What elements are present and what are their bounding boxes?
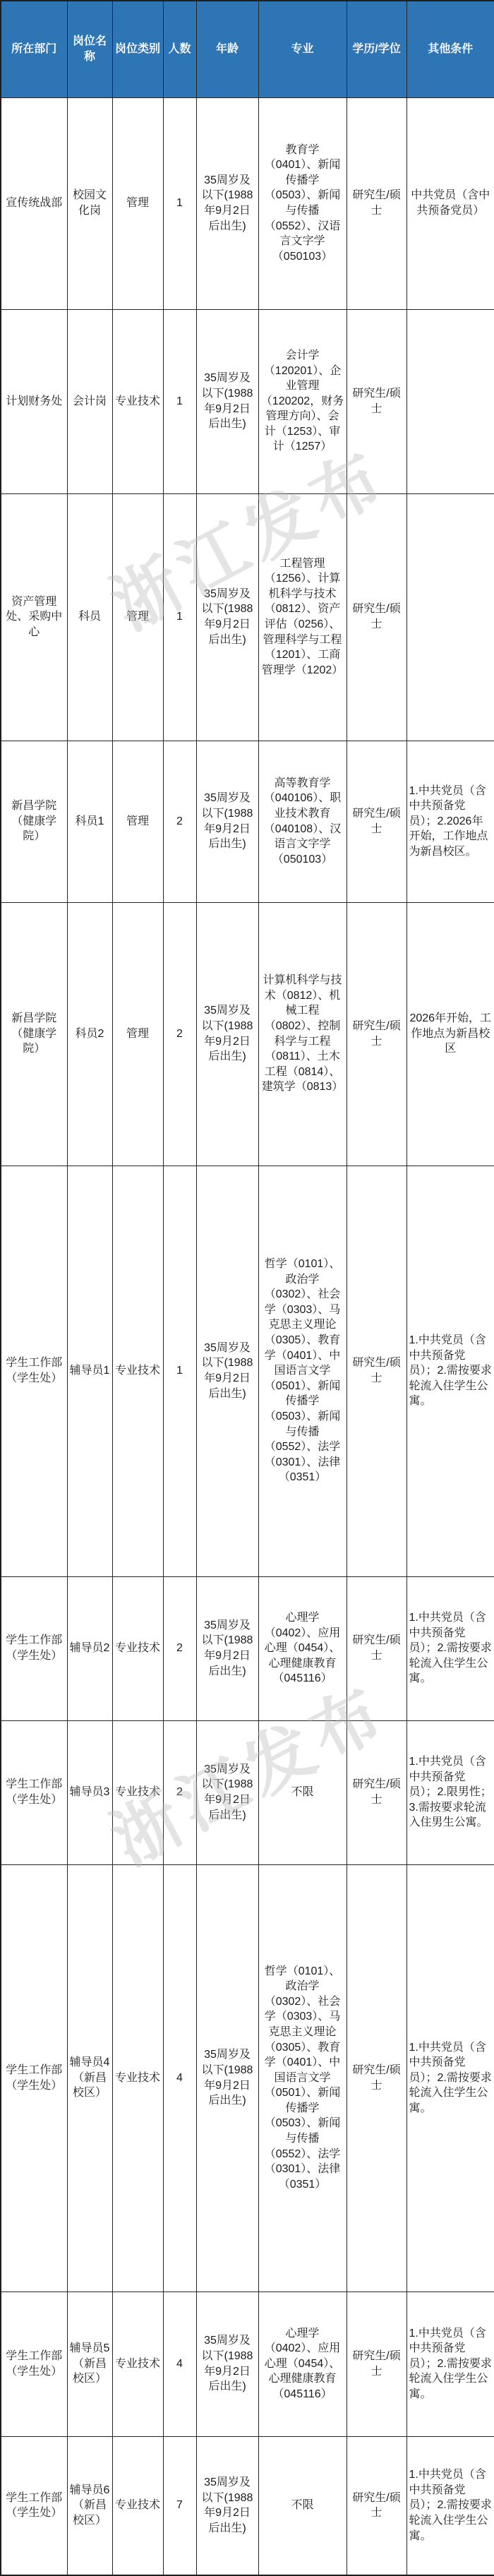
cell-headcount: 1 <box>163 309 196 493</box>
cell-other-conditions: 1.中共党员（含中共预备党员）；2.需按要求轮流入住学生公寓。 <box>406 2292 494 2436</box>
cell-position-category: 管理 <box>112 741 163 902</box>
cell-headcount: 1 <box>163 1166 196 1576</box>
table-row: 资产管理处、采购中心科员管理135周岁及以下(1988年9月2日后出生)工程管理… <box>1 493 494 741</box>
cell-department: 学生工作部（学生处） <box>1 1166 67 1576</box>
cell-department: 宣传统战部 <box>1 97 67 309</box>
cell-degree: 研究生/硕士 <box>347 1864 406 2292</box>
cell-department: 计划财务处 <box>1 309 67 493</box>
header-department: 所在部门 <box>1 1 67 97</box>
cell-department: 学生工作部（学生处） <box>1 1720 67 1864</box>
table-row: 学生工作部（学生处）辅导员3专业技术235周岁及以下(1988年9月2日后出生)… <box>1 1720 494 1864</box>
cell-majors: 哲学（0101）、政治学（0302）、社会学（0303）、马克思主义理论（030… <box>258 1166 347 1576</box>
cell-position-name: 辅导员5（新昌校区） <box>67 2292 112 2436</box>
cell-other-conditions: 1.中共党员（含中共预备党员）；2.需按要求轮流入住学生公寓。 <box>406 1864 494 2292</box>
cell-department: 学生工作部（学生处） <box>1 1576 67 1720</box>
table-row: 学生工作部（学生处）辅导员1专业技术135周岁及以下(1988年9月2日后出生)… <box>1 1166 494 1576</box>
cell-age: 35周岁及以下(1988年9月2日后出生) <box>196 2436 258 2575</box>
cell-other-conditions: 1.中共党员（含中共预备党员）；2.需按要求轮流入住学生公寓。 <box>406 1576 494 1720</box>
table-row: 学生工作部（学生处）辅导员4（新昌校区）专业技术435周岁及以下(1988年9月… <box>1 1864 494 2292</box>
cell-majors: 会计学（120201）、企业管理（120202，财务管理方向）、会计（1253）… <box>258 309 347 493</box>
table-header: 所在部门 岗位名称 岗位类别 人数 年龄 专业 学历/学位 其他条件 <box>1 1 494 97</box>
cell-department: 学生工作部（学生处） <box>1 2436 67 2575</box>
table-body: 宣传统战部校园文化岗管理135周岁及以下(1988年9月2日后出生)教育学（04… <box>1 97 494 2575</box>
cell-majors: 工程管理（1256）、计算机科学与技术（0812）、资产评估（0256）、管理科… <box>258 493 347 741</box>
table-row: 学生工作部（学生处）辅导员2专业技术235周岁及以下(1988年9月2日后出生)… <box>1 1576 494 1720</box>
cell-department: 学生工作部（学生处） <box>1 2292 67 2436</box>
cell-degree: 研究生/硕士 <box>347 2436 406 2575</box>
recruitment-positions-table: 所在部门 岗位名称 岗位类别 人数 年龄 专业 学历/学位 其他条件 宣传统战部… <box>0 0 494 2576</box>
cell-position-category: 专业技术 <box>112 1166 163 1576</box>
cell-department: 资产管理处、采购中心 <box>1 493 67 741</box>
cell-majors: 教育学（0401）、新闻传播学（0503）、新闻与传播（0552）、汉语言文字学… <box>258 97 347 309</box>
cell-position-name: 科员2 <box>67 902 112 1166</box>
cell-headcount: 2 <box>163 1720 196 1864</box>
cell-headcount: 2 <box>163 1576 196 1720</box>
cell-position-category: 专业技术 <box>112 2436 163 2575</box>
cell-age: 35周岁及以下(1988年9月2日后出生) <box>196 741 258 902</box>
cell-age: 35周岁及以下(1988年9月2日后出生) <box>196 1166 258 1576</box>
cell-age: 35周岁及以下(1988年9月2日后出生) <box>196 902 258 1166</box>
cell-age: 35周岁及以下(1988年9月2日后出生) <box>196 1720 258 1864</box>
cell-age: 35周岁及以下(1988年9月2日后出生) <box>196 1864 258 2292</box>
cell-majors: 心理学（0402）、应用心理（0454）、心理健康教育（045116） <box>258 2292 347 2436</box>
cell-position-name: 辅导员3 <box>67 1720 112 1864</box>
table-row: 学生工作部（学生处）辅导员5（新昌校区）专业技术435周岁及以下(1988年9月… <box>1 2292 494 2436</box>
cell-headcount: 1 <box>163 97 196 309</box>
table-row: 计划财务处会计岗专业技术135周岁及以下(1988年9月2日后出生)会计学（12… <box>1 309 494 493</box>
cell-position-name: 科员1 <box>67 741 112 902</box>
cell-position-name: 辅导员6（新昌校区） <box>67 2436 112 2575</box>
cell-age: 35周岁及以下(1988年9月2日后出生) <box>196 1576 258 1720</box>
cell-other-conditions: 2026年开始，工作地点为新昌校区 <box>406 902 494 1166</box>
cell-degree: 研究生/硕士 <box>347 97 406 309</box>
cell-degree: 研究生/硕士 <box>347 1720 406 1864</box>
cell-position-category: 专业技术 <box>112 1720 163 1864</box>
cell-position-name: 辅导员1 <box>67 1166 112 1576</box>
cell-other-conditions: 中共党员（含中共预备党员） <box>406 97 494 309</box>
cell-position-name: 科员 <box>67 493 112 741</box>
cell-degree: 研究生/硕士 <box>347 741 406 902</box>
table-row: 新昌学院（健康学院）科员2管理235周岁及以下(1988年9月2日后出生)计算机… <box>1 902 494 1166</box>
header-position-category: 岗位类别 <box>112 1 163 97</box>
cell-department: 新昌学院（健康学院） <box>1 741 67 902</box>
cell-department: 学生工作部（学生处） <box>1 1864 67 2292</box>
cell-majors: 心理学（0402）、应用心理（0454）、心理健康教育（045116） <box>258 1576 347 1720</box>
cell-position-category: 专业技术 <box>112 1576 163 1720</box>
cell-position-name: 辅导员4（新昌校区） <box>67 1864 112 2292</box>
cell-position-category: 管理 <box>112 902 163 1166</box>
cell-position-name: 校园文化岗 <box>67 97 112 309</box>
recruitment-table-page: 所在部门 岗位名称 岗位类别 人数 年龄 专业 学历/学位 其他条件 宣传统战部… <box>0 0 494 2576</box>
cell-position-name: 会计岗 <box>67 309 112 493</box>
cell-majors: 哲学（0101）、政治学（0302）、社会学（0303）、马克思主义理论（030… <box>258 1864 347 2292</box>
cell-majors: 不限 <box>258 1720 347 1864</box>
cell-age: 35周岁及以下(1988年9月2日后出生) <box>196 2292 258 2436</box>
cell-degree: 研究生/硕士 <box>347 2292 406 2436</box>
cell-headcount: 4 <box>163 1864 196 2292</box>
cell-position-category: 管理 <box>112 493 163 741</box>
cell-age: 35周岁及以下(1988年9月2日后出生) <box>196 97 258 309</box>
cell-other-conditions: 1.中共党员（含中共预备党员）；2.2026年开始，工作地点为新昌校区。 <box>406 741 494 902</box>
header-age: 年龄 <box>196 1 258 97</box>
table-row: 学生工作部（学生处）辅导员6（新昌校区）专业技术735周岁及以下(1988年9月… <box>1 2436 494 2575</box>
cell-headcount: 2 <box>163 902 196 1166</box>
header-degree: 学历/学位 <box>347 1 406 97</box>
cell-other-conditions <box>406 493 494 741</box>
cell-majors: 计算机科学与技术（0812）、机械工程（0802）、控制科学与工程（0811）、… <box>258 902 347 1166</box>
cell-position-category: 专业技术 <box>112 1864 163 2292</box>
header-other-conditions: 其他条件 <box>406 1 494 97</box>
cell-degree: 研究生/硕士 <box>347 493 406 741</box>
cell-majors: 高等教育学（040106）、职业技术教育（040108）、汉语言文字学（0501… <box>258 741 347 902</box>
cell-degree: 研究生/硕士 <box>347 309 406 493</box>
cell-position-name: 辅导员2 <box>67 1576 112 1720</box>
cell-age: 35周岁及以下(1988年9月2日后出生) <box>196 309 258 493</box>
cell-headcount: 4 <box>163 2292 196 2436</box>
cell-position-category: 管理 <box>112 97 163 309</box>
cell-other-conditions: 1.中共党员（含中共预备党员）；2.需按要求轮流入住学生公寓。 <box>406 1166 494 1576</box>
cell-degree: 研究生/硕士 <box>347 902 406 1166</box>
cell-other-conditions <box>406 309 494 493</box>
cell-position-category: 专业技术 <box>112 309 163 493</box>
cell-headcount: 7 <box>163 2436 196 2575</box>
cell-other-conditions: 1.中共党员（含中共预备党员）；2.需按要求轮流入住学生公寓。 <box>406 2436 494 2575</box>
header-position-name: 岗位名称 <box>67 1 112 97</box>
table-row: 宣传统战部校园文化岗管理135周岁及以下(1988年9月2日后出生)教育学（04… <box>1 97 494 309</box>
cell-degree: 研究生/硕士 <box>347 1576 406 1720</box>
cell-department: 新昌学院（健康学院） <box>1 902 67 1166</box>
header-row: 所在部门 岗位名称 岗位类别 人数 年龄 专业 学历/学位 其他条件 <box>1 1 494 97</box>
cell-degree: 研究生/硕士 <box>347 1166 406 1576</box>
cell-position-category: 专业技术 <box>112 2292 163 2436</box>
cell-headcount: 2 <box>163 741 196 902</box>
header-majors: 专业 <box>258 1 347 97</box>
cell-other-conditions: 1.中共党员（含中共预备党员）；2.限男性；3.需按要求轮流入住男生公寓。 <box>406 1720 494 1864</box>
cell-majors: 不限 <box>258 2436 347 2575</box>
header-headcount: 人数 <box>163 1 196 97</box>
cell-headcount: 1 <box>163 493 196 741</box>
table-row: 新昌学院（健康学院）科员1管理235周岁及以下(1988年9月2日后出生)高等教… <box>1 741 494 902</box>
cell-age: 35周岁及以下(1988年9月2日后出生) <box>196 493 258 741</box>
